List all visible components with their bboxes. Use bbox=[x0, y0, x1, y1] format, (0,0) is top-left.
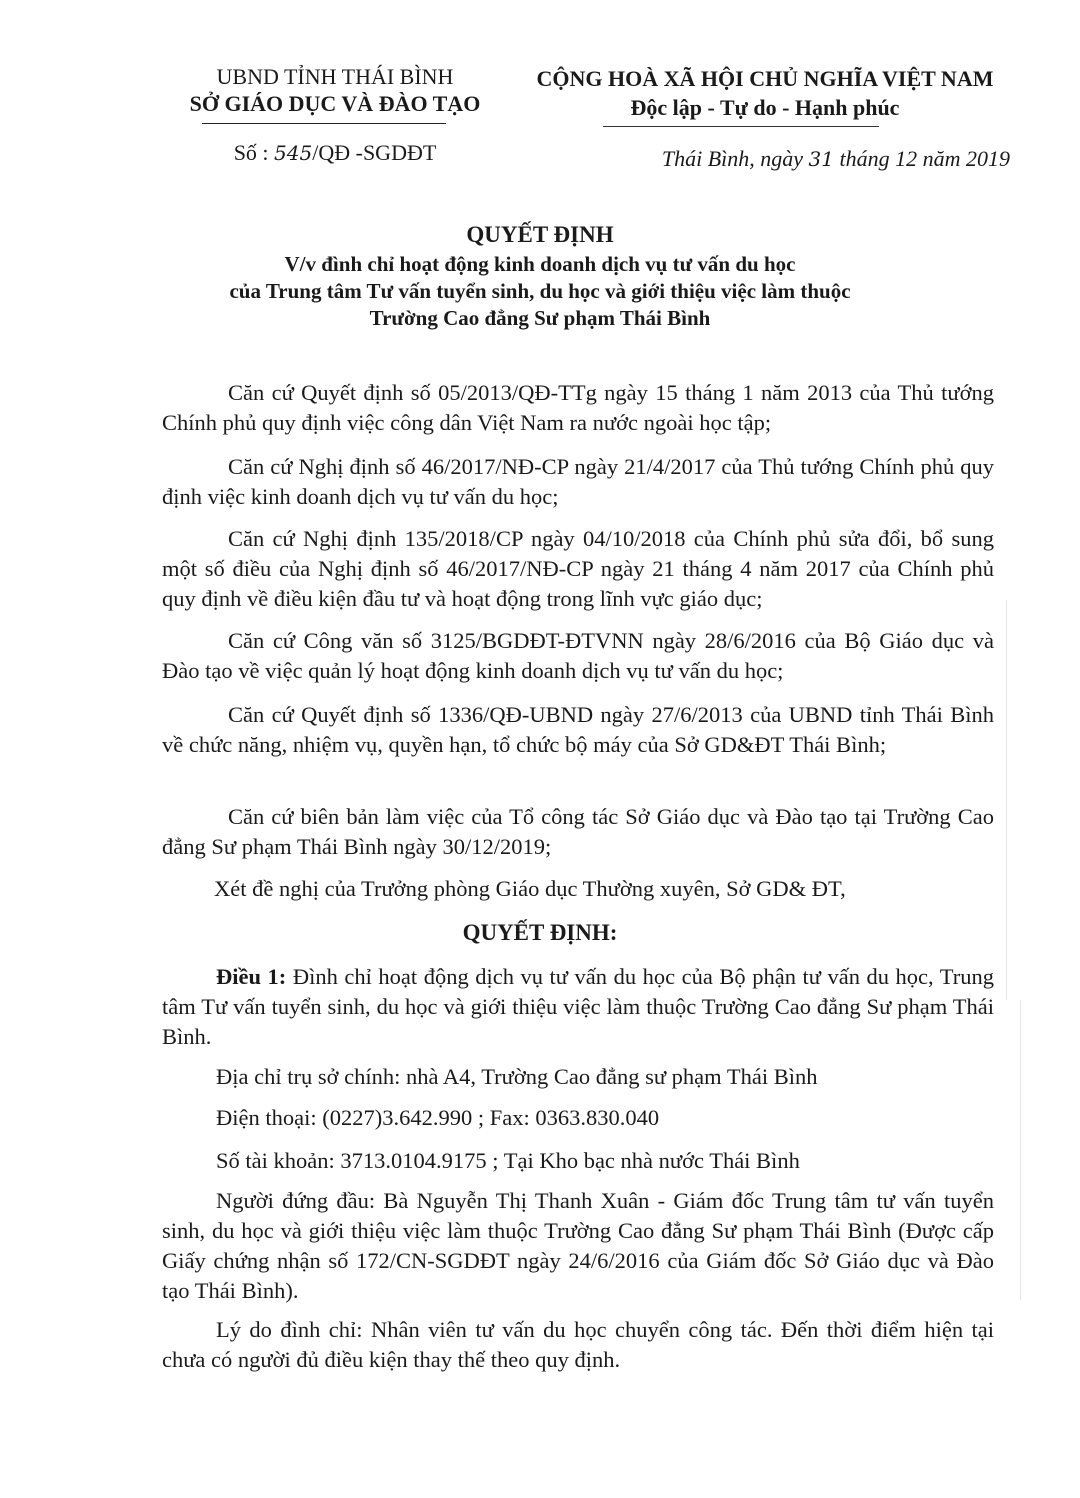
subject-line-3: Trường Cao đẳng Sư phạm Thái Bình bbox=[0, 306, 1080, 331]
date-prefix: Thái Bình, ngày bbox=[662, 146, 809, 171]
address-line: Địa chỉ trụ sở chính: nhà A4, Trường Cao… bbox=[162, 1062, 994, 1092]
document-number-handwritten: 545 bbox=[274, 141, 312, 165]
phone-fax-line: Điện thoại: (0227)3.642.990 ; Fax: 0363.… bbox=[162, 1103, 994, 1133]
agency-divider bbox=[202, 123, 446, 124]
preamble-paragraph: Căn cứ biên bản làm việc của Tổ công tác… bbox=[162, 802, 994, 862]
preamble-paragraph: Căn cứ Quyết định số 1336/QĐ-UBND ngày 2… bbox=[162, 700, 994, 760]
preamble-paragraph: Căn cứ Quyết định số 05/2013/QĐ-TTg ngày… bbox=[162, 378, 994, 438]
preamble-paragraph: Căn cứ Nghị định số 46/2017/NĐ-CP ngày 2… bbox=[162, 452, 994, 512]
preamble-paragraph: Xét đề nghị của Trưởng phòng Giáo dục Th… bbox=[162, 874, 994, 904]
suspension-reason: Lý do đình chỉ: Nhân viên tư vấn du học … bbox=[162, 1315, 994, 1375]
article-1: Điều 1: Đình chỉ hoạt động dịch vụ tư vấ… bbox=[162, 962, 994, 1052]
scan-artifact bbox=[1020, 1000, 1021, 1300]
date-day-handwritten: 31 bbox=[809, 147, 834, 171]
article-1-label: Điều 1: bbox=[216, 964, 286, 989]
account-line: Số tài khoản: 3713.0104.9175 ; Tại Kho b… bbox=[162, 1146, 994, 1176]
article-1-text: Đình chỉ hoạt động dịch vụ tư vấn du học… bbox=[162, 964, 994, 1049]
date-suffix: tháng 12 năm 2019 bbox=[834, 146, 1010, 171]
scan-artifact bbox=[1006, 600, 1007, 1000]
place-date: Thái Bình, ngày 31 tháng 12 năm 2019 bbox=[662, 146, 1010, 172]
decision-heading: QUYẾT ĐỊNH: bbox=[0, 920, 1080, 946]
preamble-paragraph: Căn cứ Công văn số 3125/BGDĐT-ĐTVNN ngày… bbox=[162, 626, 994, 686]
subject-line-1: V/v đình chỉ hoạt động kinh doanh dịch v… bbox=[0, 252, 1080, 277]
document-title: QUYẾT ĐỊNH bbox=[0, 222, 1080, 248]
head-of-center: Người đứng đầu: Bà Nguyễn Thị Thanh Xuân… bbox=[162, 1186, 994, 1306]
document-number: Số : 545/QĐ -SGDĐT bbox=[160, 140, 510, 166]
national-motto: Độc lập - Tự do - Hạnh phúc bbox=[505, 95, 1025, 121]
country-name: CỘNG HOÀ XÃ HỘI CHỦ NGHĨA VIỆT NAM bbox=[505, 66, 1025, 92]
agency-name: SỞ GIÁO DỤC VÀ ĐÀO TẠO bbox=[160, 91, 510, 117]
subject-line-2: của Trung tâm Tư vấn tuyển sinh, du học … bbox=[0, 279, 1080, 304]
motto-divider bbox=[603, 126, 879, 127]
agency-parent: UBND TỈNH THÁI BÌNH bbox=[160, 64, 510, 90]
preamble-paragraph: Căn cứ Nghị định 135/2018/CP ngày 04/10/… bbox=[162, 524, 994, 614]
document-number-suffix: /QĐ -SGDĐT bbox=[312, 140, 436, 165]
document-number-prefix: Số : bbox=[234, 140, 274, 165]
